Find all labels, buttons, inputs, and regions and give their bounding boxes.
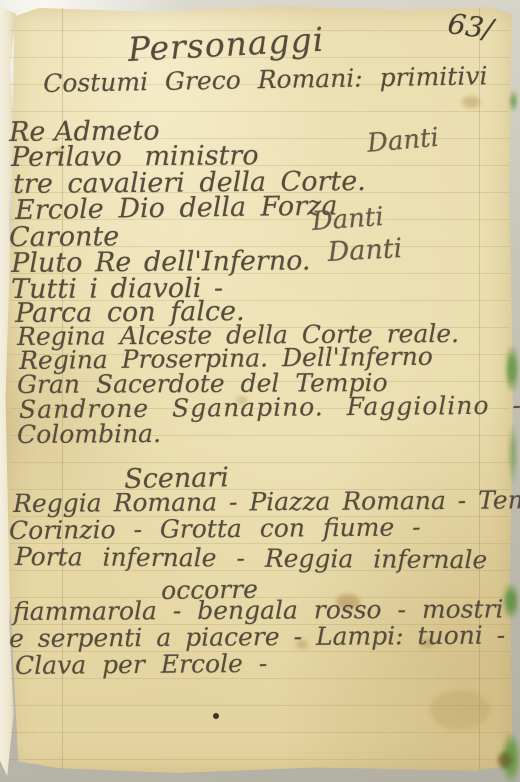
manuscript-photo: 63/ Personaggi Costumi Greco Romani: pri…	[0, 0, 520, 782]
cast-note: Danti	[311, 204, 384, 235]
green-stain	[505, 346, 519, 392]
page-title: Personaggi	[127, 23, 325, 66]
character-line: Sandrone Sganapino. Faggiolino -	[19, 393, 520, 422]
scene-line: Reggia Romana - Piazza Romana - Tempio	[13, 487, 520, 516]
prop-line: fiammarola - bengala rosso - mostri	[13, 596, 504, 624]
page-number: 63/	[446, 10, 495, 44]
scene-line: Porta infernale - Reggia infernale	[15, 544, 487, 572]
prop-line: e serpenti a piacere - Lampi: tuoni -	[9, 623, 505, 651]
green-stain	[509, 90, 518, 112]
prop-line: Clava per Ercole -	[15, 651, 267, 678]
olive-stain	[498, 752, 512, 768]
scene-line: Corinzio - Grotta con fiume -	[9, 514, 421, 543]
ink-dot	[213, 713, 219, 719]
age-spot	[430, 690, 490, 730]
character-line: Colombina.	[17, 421, 161, 447]
cast-note: Danti	[366, 125, 440, 157]
green-stain	[503, 584, 519, 618]
character-line: Ercole Dio della Forza	[15, 193, 338, 224]
cast-note: Danti	[327, 235, 403, 266]
page-subtitle: Costumi Greco Romani: primitivi	[43, 63, 488, 96]
green-stain	[508, 425, 518, 483]
margin-line-right	[479, 8, 480, 770]
age-spot	[462, 96, 480, 108]
